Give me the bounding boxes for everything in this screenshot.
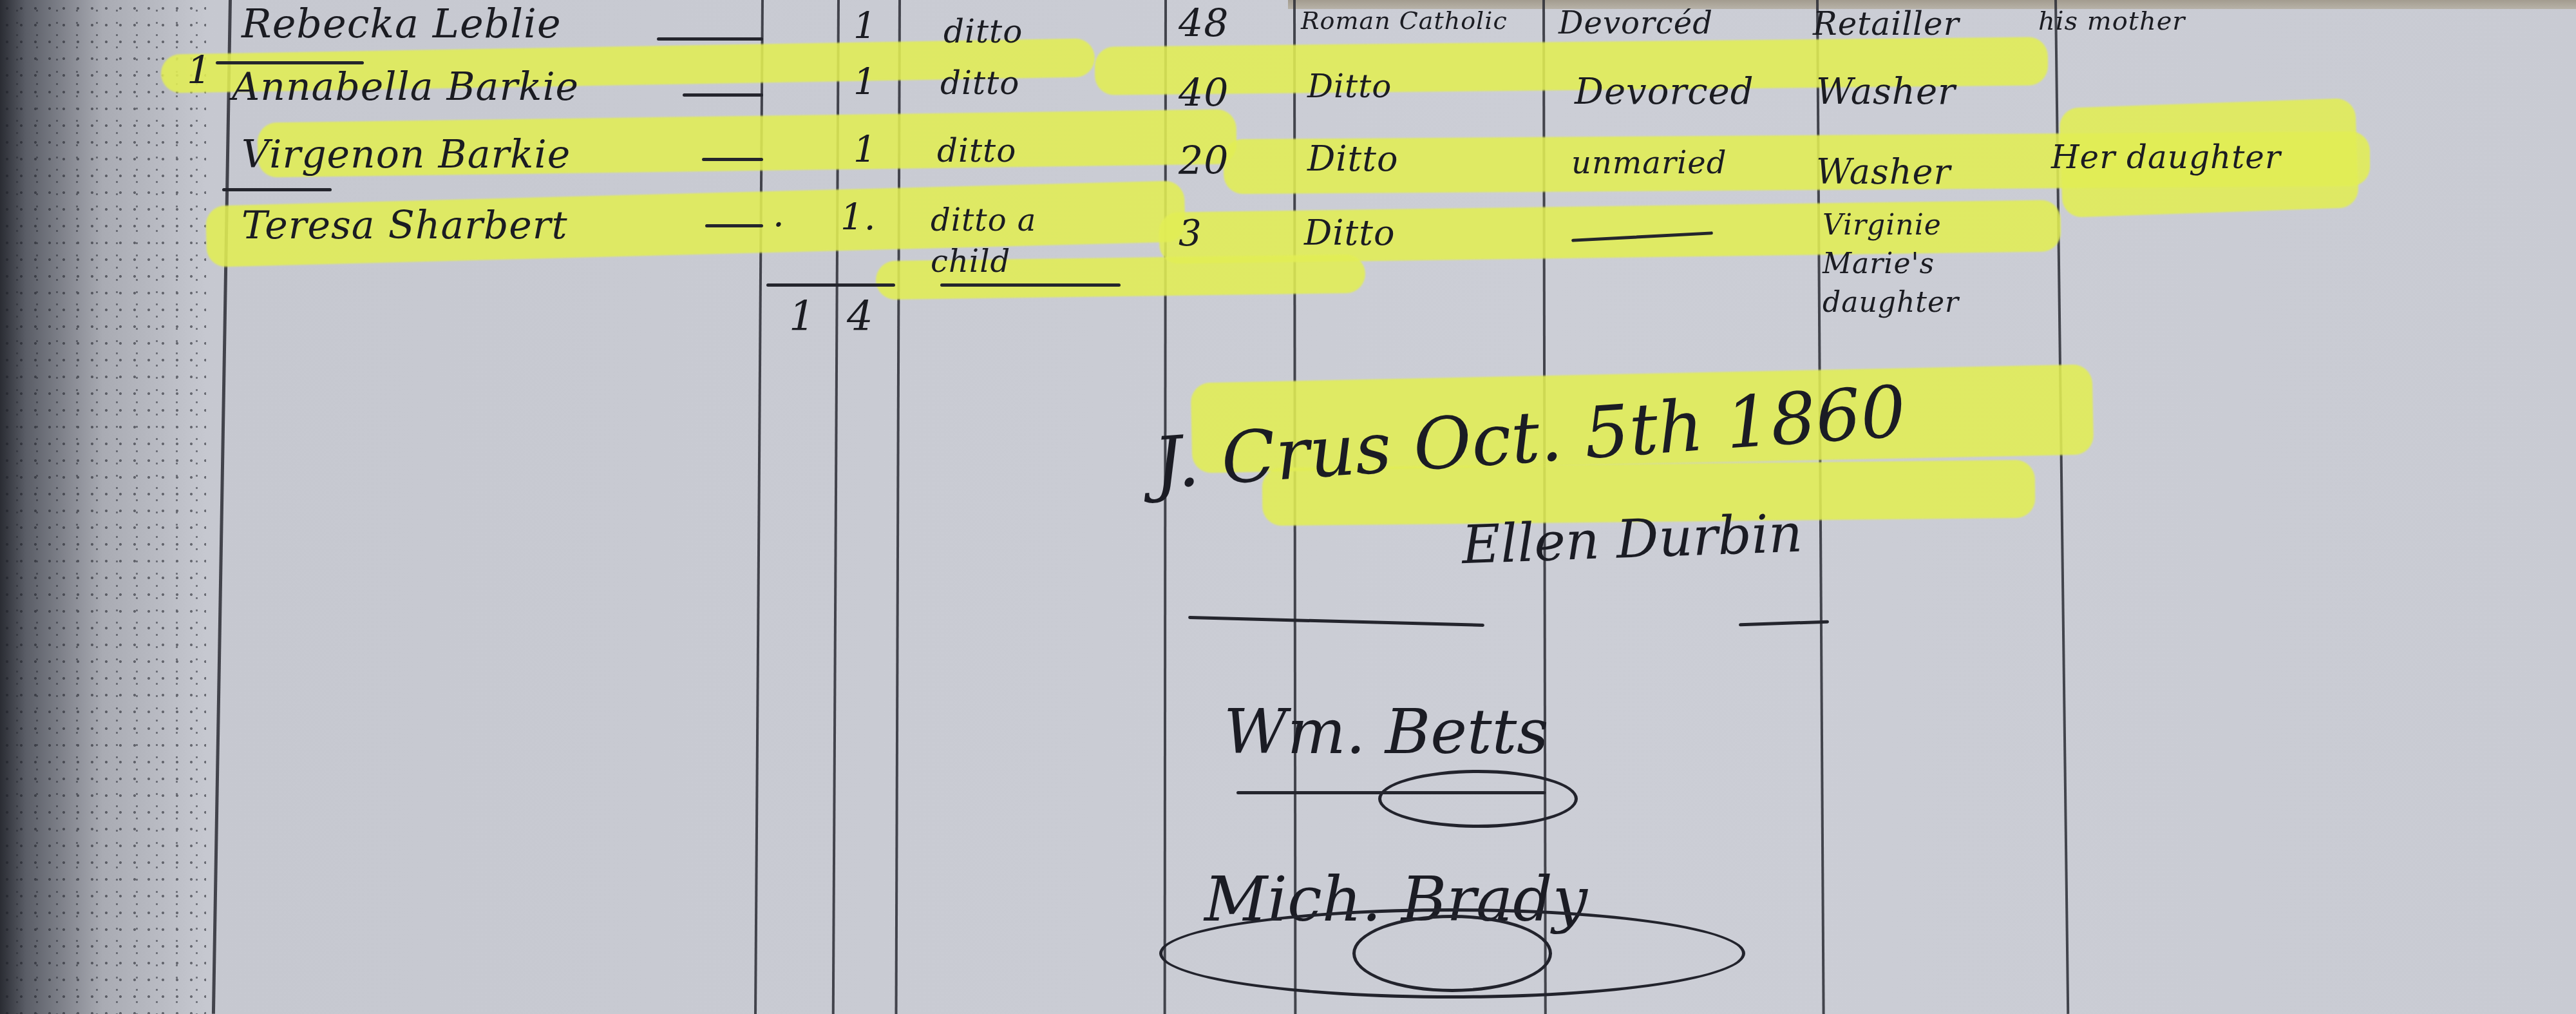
cell-occupation: Washer — [1816, 71, 1956, 113]
cell-religion: Ditto — [1304, 213, 1395, 253]
cell-residence: ditto — [937, 132, 1016, 169]
cell-relation: his mother — [2038, 6, 2185, 36]
cell-residence: ditto a child — [931, 200, 1124, 282]
cell-house-count: . — [773, 193, 785, 235]
cell-persons: 1 — [853, 5, 877, 47]
cell-persons: 1 — [853, 61, 877, 103]
name-underline — [702, 158, 763, 161]
cell-condition: Devorcéd — [1558, 5, 1713, 41]
cell-condition: unmaried — [1571, 145, 1727, 181]
cell-residence: ditto — [940, 64, 1019, 102]
name-underline — [657, 37, 763, 41]
name-underline — [705, 224, 763, 227]
cell-religion: Ditto — [1307, 139, 1398, 179]
signature-ellen-durbin: Ellen Durbin — [1461, 503, 1804, 576]
cell-condition: Devorced — [1575, 71, 1754, 113]
name-underline — [683, 93, 763, 97]
signature-flourish — [1352, 915, 1552, 992]
cell-residence: ditto — [943, 13, 1023, 50]
cell-religion: Ditto — [1307, 68, 1392, 105]
child-underline — [940, 283, 1121, 287]
cell-age: 40 — [1179, 71, 1229, 116]
cell-occupation: Virginie Marie's daughter — [1823, 206, 2016, 322]
cell-age: 48 — [1179, 1, 1229, 46]
cell-religion: Roman Catholic — [1301, 6, 1508, 35]
cell-name: Annabella Barkie — [232, 64, 579, 110]
name-underline — [222, 188, 332, 191]
cell-name: Virgenon Barkie — [241, 132, 571, 177]
cell-name: Rebecka Leblie — [241, 0, 562, 47]
signature-flourish-line — [1236, 791, 1546, 794]
cell-occupation: Washer — [1816, 151, 1951, 192]
signature-wm-betts: Wm. Betts — [1224, 696, 1549, 768]
cell-persons: 1 — [853, 129, 877, 171]
cell-age: 20 — [1179, 139, 1229, 184]
cell-age: 3 — [1179, 213, 1202, 254]
cell-relation: Her daughter — [2051, 139, 2281, 176]
totals-rule — [766, 283, 895, 287]
cell-name: Teresa Sharbert — [241, 203, 568, 248]
total-persons: 4 — [847, 293, 874, 341]
total-houses: 1 — [789, 293, 816, 341]
cell-schedule-no: 1 — [187, 48, 212, 93]
signature-flourish — [1378, 770, 1578, 828]
cell-persons: 1. — [840, 196, 876, 238]
photocopy-speckle-edge — [0, 0, 206, 1014]
cell-occupation: Retailler — [1813, 5, 1960, 43]
